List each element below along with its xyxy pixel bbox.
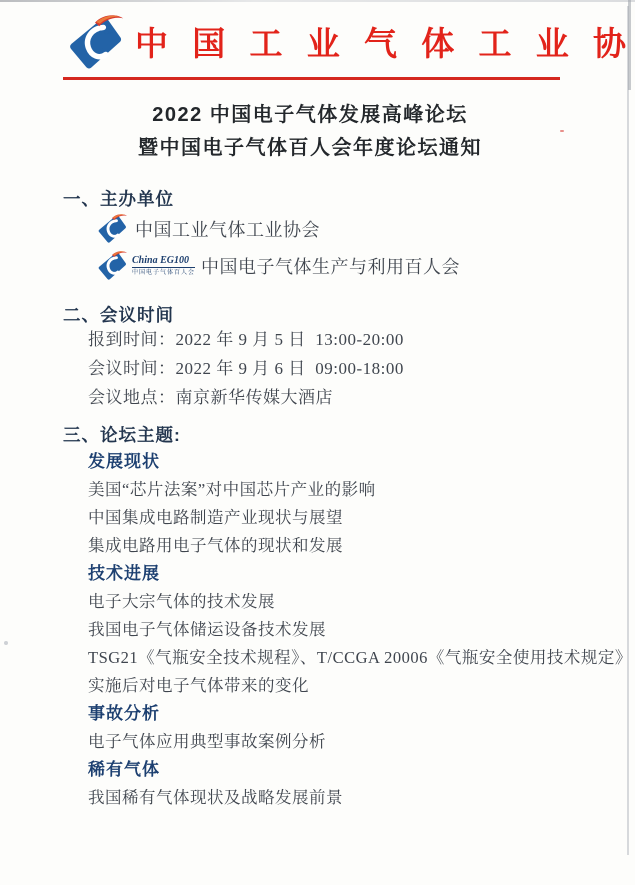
meeting-location: 会议地点：南京新华传媒大酒店 (88, 383, 404, 412)
document-page: 中 国 工 业 气 体 工 业 协 会 2022 中国电子气体发展高峰论坛 暨中… (0, 0, 635, 885)
cigia-logo-icon (62, 13, 128, 73)
cigia-logo-icon (95, 213, 129, 245)
organizer-row-cigia: 中国工业气体工业协会 (95, 213, 320, 245)
topic-item: 中国集成电路制造产业现状与展望 (88, 504, 632, 532)
document-title-line1: 2022 中国电子气体发展高峰论坛 (0, 99, 620, 132)
cigia-logo-icon (95, 250, 129, 282)
china-eg100-logo: China EG100 中国电子气体百人会 (132, 256, 195, 276)
topic-item: 集成电路用电子气体的现状和发展 (88, 532, 632, 560)
topic-item: 我国稀有气体现状及战略发展前景 (88, 784, 632, 812)
scan-edge-top (0, 0, 635, 2)
section-heading-topics: 三、论坛主题: (63, 422, 181, 447)
topic-item: 电子大宗气体的技术发展 (88, 588, 632, 616)
topic-item: 我国电子气体储运设备技术发展 (88, 616, 632, 644)
meeting-session-time: 会议时间：2022 年 9 月 6 日 09:00-18:00 (88, 354, 404, 383)
organizer-name: 中国电子气体生产与利用百人会 (201, 253, 460, 279)
section-heading-organizers: 一、主办单位 (63, 186, 174, 211)
document-title: 2022 中国电子气体发展高峰论坛 暨中国电子气体百人会年度论坛通知 (0, 99, 620, 165)
scan-speck (4, 641, 8, 645)
topic-item: 电子气体应用典型事故案例分析 (88, 728, 632, 756)
topic-item: TSG21《气瓶安全技术规程》、T/CCGA 20006《气瓶安全使用技术规定》 (88, 644, 632, 672)
organizer-row-eg100: China EG100 中国电子气体百人会 中国电子气体生产与利用百人会 (95, 250, 460, 282)
topics-list: 发展现状 美国“芯片法案”对中国芯片产业的影响 中国集成电路制造产业现状与展望 … (88, 448, 632, 812)
section-heading-meeting-time: 二、会议时间 (63, 302, 174, 327)
letterhead: 中 国 工 业 气 体 工 业 协 会 (62, 13, 635, 73)
meeting-info: 报到时间：2022 年 9 月 5 日 13:00-20:00 会议时间：202… (88, 325, 404, 412)
china-eg100-logo-label: China EG100 (132, 256, 195, 268)
topic-group-title: 稀有气体 (88, 756, 632, 784)
topic-group-title: 技术进展 (88, 560, 632, 588)
topic-item: 美国“芯片法案”对中国芯片产业的影响 (88, 476, 632, 504)
meeting-checkin-time: 报到时间：2022 年 9 月 5 日 13:00-20:00 (88, 325, 404, 354)
china-eg100-logo-sublabel: 中国电子气体百人会 (132, 270, 195, 276)
topic-group-title: 发展现状 (88, 448, 632, 476)
topic-item: 实施后对电子气体带来的变化 (88, 672, 632, 700)
organizer-name: 中国工业气体工业协会 (135, 216, 320, 242)
letterhead-divider (63, 77, 560, 80)
association-name: 中 国 工 业 气 体 工 业 协 会 (135, 25, 635, 62)
document-title-line2: 暨中国电子气体百人会年度论坛通知 (0, 132, 620, 165)
topic-group-title: 事故分析 (88, 700, 632, 728)
